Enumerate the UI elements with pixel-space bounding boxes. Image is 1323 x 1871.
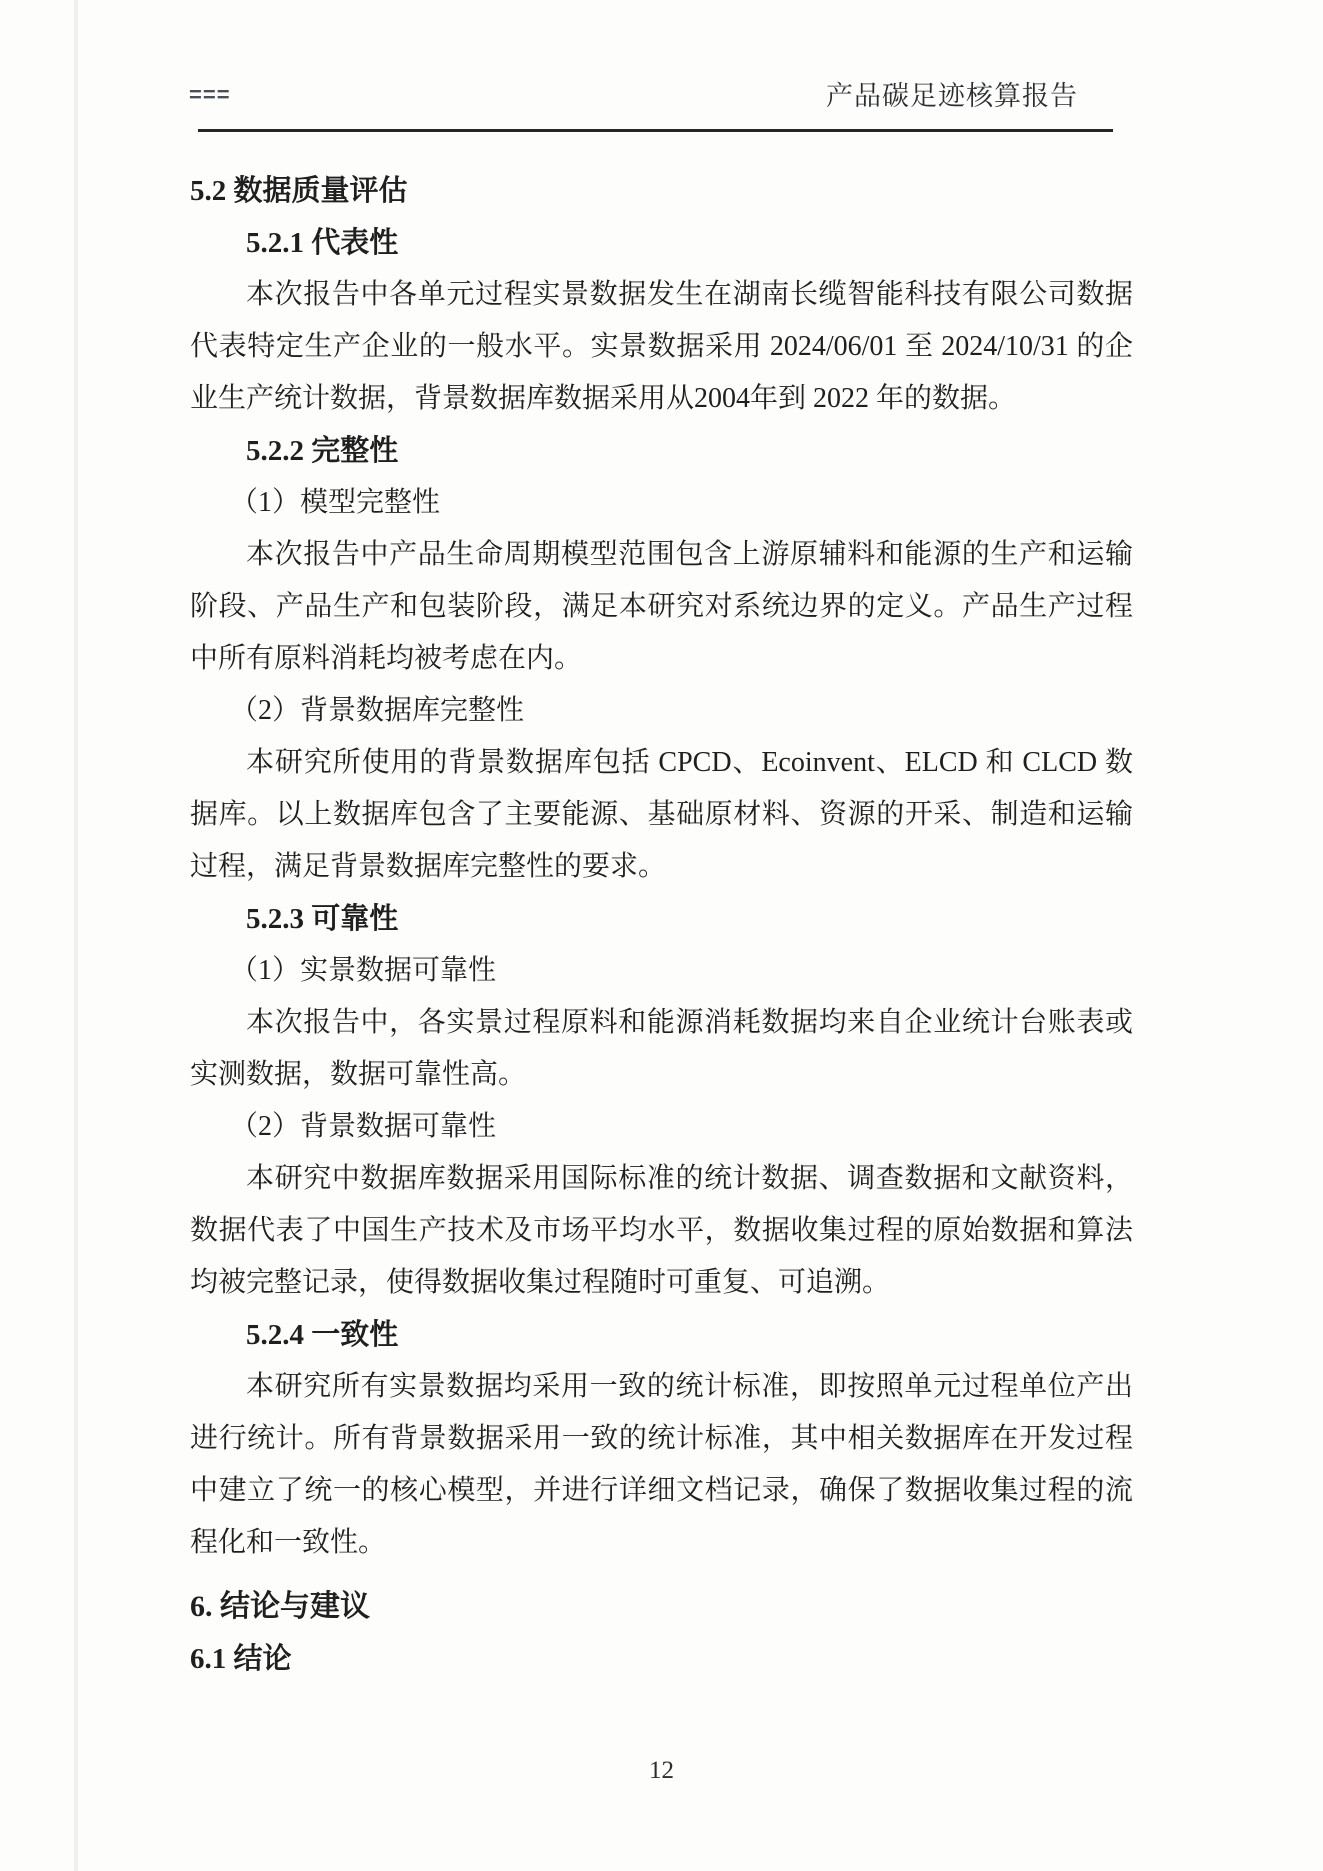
header-divider — [198, 129, 1113, 132]
scan-artifact-streak — [74, 0, 78, 1871]
report-page: === 产品碳足迹核算报告 5.2 数据质量评估 5.2.1 代表性 本次报告中… — [0, 0, 1323, 1871]
section-heading-5-2-2: 5.2.2 完整性 — [246, 425, 1133, 477]
subheading-background-db-completeness: （2）背景数据库完整性 — [190, 685, 1133, 737]
section-heading-6-1: 6.1 结论 — [190, 1633, 1133, 1685]
section-heading-5-2-4: 5.2.4 一致性 — [246, 1309, 1133, 1361]
page-number: 12 — [649, 1757, 674, 1784]
section-heading-6: 6. 结论与建议 — [190, 1581, 1133, 1633]
subheading-model-completeness: （1）模型完整性 — [190, 477, 1133, 529]
paragraph-background-reliability: 本研究中数据库数据采用国际标准的统计数据、调查数据和文献资料，数据代表了中国生产… — [190, 1153, 1133, 1309]
paragraph-model-completeness: 本次报告中产品生命周期模型范围包含上游原辅料和能源的生产和运输阶段、产品生产和包… — [190, 529, 1133, 685]
page-footer: 12 — [190, 1757, 1133, 1785]
paragraph-foreground-reliability: 本次报告中，各实景过程原料和能源消耗数据均来自企业统计台账表或实测数据，数据可靠… — [190, 997, 1133, 1101]
subheading-background-reliability: （2）背景数据可靠性 — [190, 1101, 1133, 1153]
section-heading-5-2-1: 5.2.1 代表性 — [246, 217, 1133, 269]
subheading-foreground-reliability: （1）实景数据可靠性 — [190, 945, 1133, 997]
header-title: 产品碳足迹核算报告 — [826, 74, 1078, 113]
paragraph-consistency: 本研究所有实景数据均采用一致的统计标准，即按照单元过程单位产出进行统计。所有背景… — [190, 1361, 1133, 1569]
paragraph-background-db-completeness: 本研究所使用的背景数据库包括 CPCD、Ecoinvent、ELCD 和 CLC… — [190, 737, 1133, 893]
section-heading-5-2: 5.2 数据质量评估 — [190, 165, 1133, 217]
header-logo-mark: === — [189, 82, 231, 108]
document-body: 5.2 数据质量评估 5.2.1 代表性 本次报告中各单元过程实景数据发生在湖南… — [190, 165, 1133, 1685]
paragraph-representativeness: 本次报告中各单元过程实景数据发生在湖南长缆智能科技有限公司数据代表特定生产企业的… — [190, 269, 1133, 425]
section-heading-5-2-3: 5.2.3 可靠性 — [246, 893, 1133, 945]
